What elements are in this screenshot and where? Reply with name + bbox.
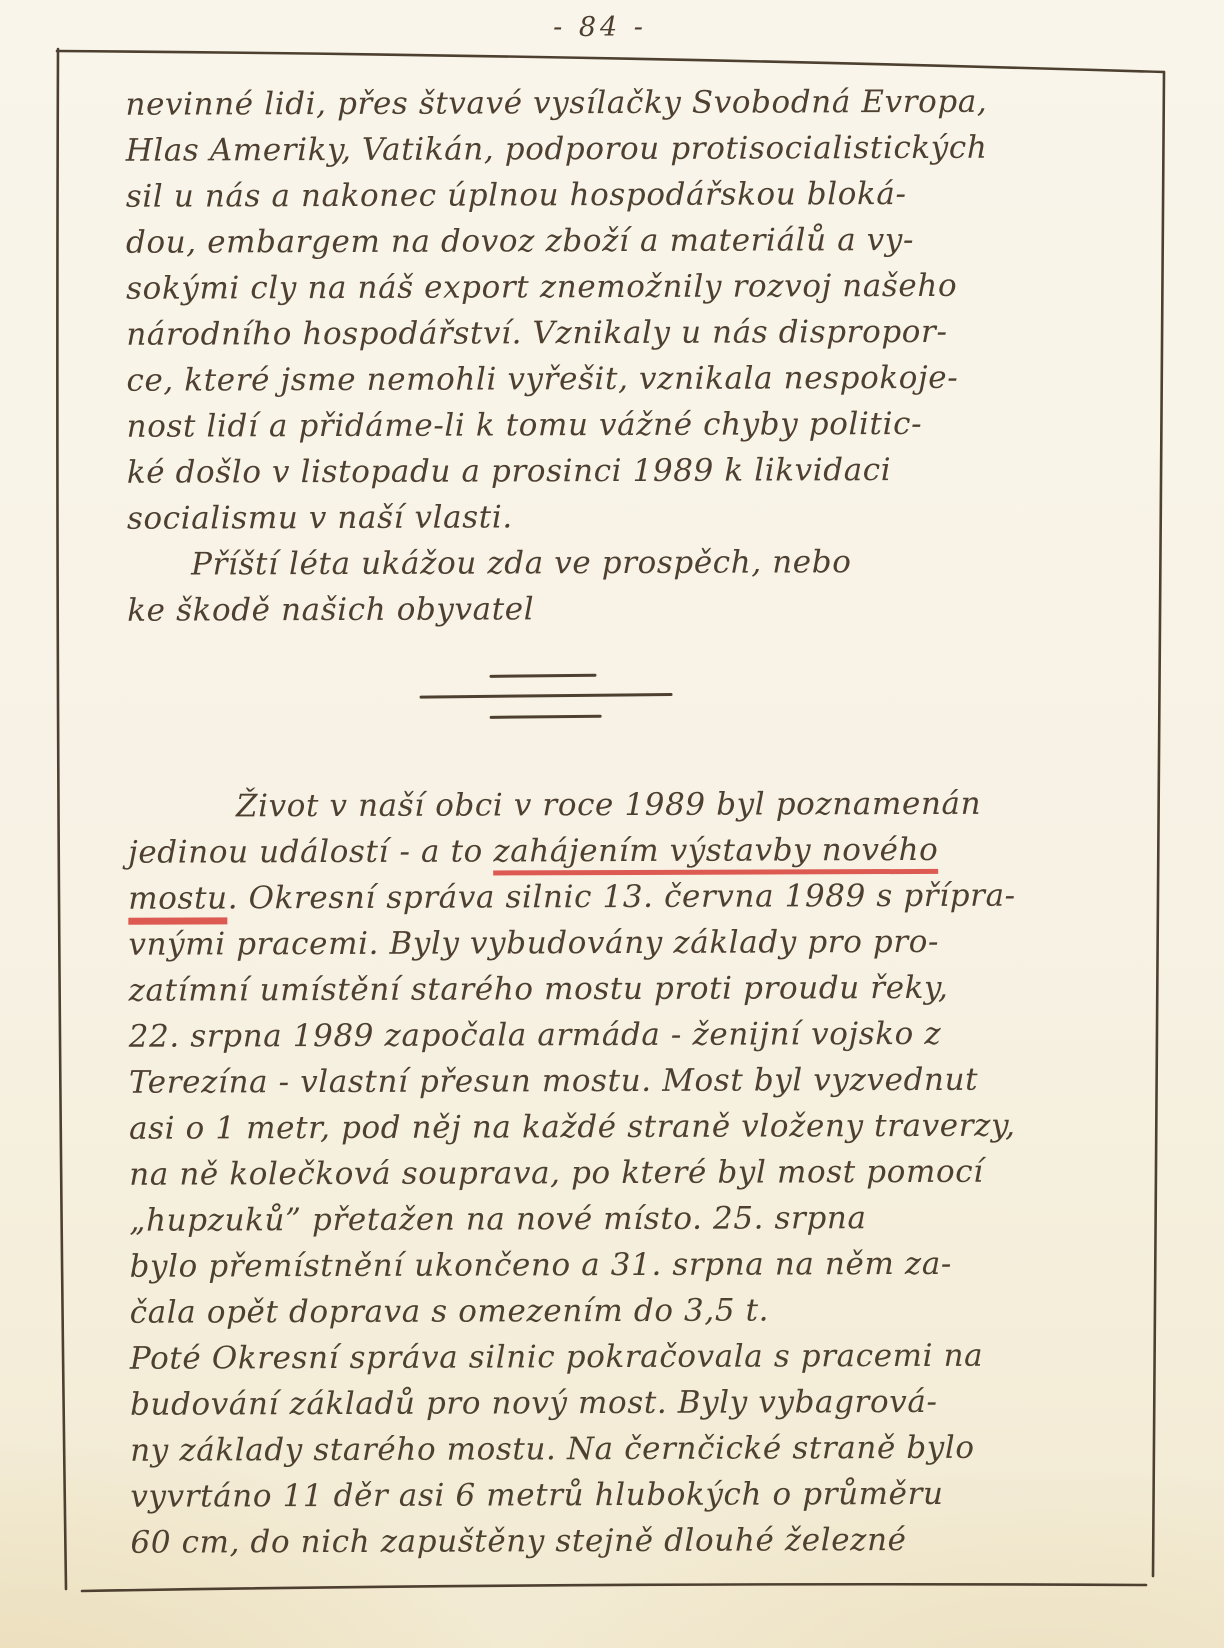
text-line: Hlas Ameriky, Vatikán, podporou protisoc… — [126, 124, 1111, 173]
text-line: na ně kolečková souprava, po které byl m… — [129, 1148, 1114, 1197]
text-segment: . Okresní správa silnic 13. června 1989 … — [228, 878, 1016, 917]
text-line: nost lidí a přidáme-li k tomu vážné chyb… — [127, 400, 1112, 449]
text-line: národního hospodářství. Vznikaly u nás d… — [126, 308, 1111, 357]
text-line: 60 cm, do nich zapuštěny stejně dlouhé ž… — [130, 1516, 1115, 1565]
text-line: budování základů pro nový most. Byly vyb… — [130, 1378, 1115, 1427]
text-line: ke škodě našich obyvatel — [127, 584, 1112, 633]
text-line: Terezína - vlastní přesun mostu. Most by… — [129, 1056, 1114, 1105]
text-line: vyvrtáno 11 děr asi 6 metrů hlubokých o … — [130, 1470, 1115, 1519]
section-divider — [127, 656, 1112, 737]
red-underlined-text: zahájením výstavby nového — [493, 832, 938, 877]
frame-top-line — [57, 51, 1164, 72]
paragraph-3: Život v naší obci v roce 1989 byl poznam… — [128, 780, 1116, 1565]
text-line: „hupzuků” přetažen na nové místo. 25. sr… — [129, 1194, 1114, 1243]
text-segment: jedinou událostí - a to — [128, 833, 493, 870]
text-line: mostu. Okresní správa silnic 13. června … — [128, 872, 1113, 921]
text-line: dou, embargem na dovoz zboží a materiálů… — [126, 216, 1111, 265]
frame-left-line — [57, 49, 66, 1589]
chronicle-page: - 84 - nevinné lidi, přes štvavé vysílač… — [0, 0, 1224, 1648]
paragraph-1: nevinné lidi, přes štvavé vysílačky Svob… — [125, 78, 1112, 541]
text-line: sokými cly na náš export znemožnily rozv… — [126, 262, 1111, 311]
text-line: ny základy starého mostu. Na černčické s… — [130, 1424, 1115, 1473]
text-line: ké došlo v listopadu a prosinci 1989 k l… — [127, 446, 1112, 495]
handwritten-text: nevinné lidi, přes štvavé vysílačky Svob… — [125, 78, 1115, 1565]
text-line: ce, které jsme nemohli vyřešit, vznikala… — [126, 354, 1111, 403]
red-underlined-text: mostu — [128, 880, 228, 924]
text-line: zatímní umístění starého mostu proti pro… — [129, 964, 1114, 1013]
divider-line-short-top — [489, 674, 596, 678]
frame-right-line — [1153, 72, 1164, 1576]
text-line: socialismu v naší vlasti. — [127, 492, 1112, 541]
divider-line-short-bottom — [490, 715, 602, 719]
text-line: 22. srpna 1989 započala armáda - ženijní… — [129, 1010, 1114, 1059]
text-line: jedinou událostí - a to zahájením výstav… — [128, 826, 1113, 875]
text-line: Poté Okresní správa silnic pokračovala s… — [130, 1332, 1115, 1381]
text-line: nevinné lidi, přes štvavé vysílačky Svob… — [125, 78, 1110, 127]
text-line: asi o 1 metr, pod něj na každé straně vl… — [129, 1102, 1114, 1151]
divider-line-long-middle — [420, 693, 673, 699]
text-line: Život v naší obci v roce 1989 byl poznam… — [128, 780, 1113, 829]
frame-bottom-line — [82, 1584, 1146, 1591]
paragraph-2: Příští léta ukážou zda ve prospěch, nebo… — [127, 538, 1112, 633]
text-line: vnými pracemi. Byly vybudovány základy p… — [128, 918, 1113, 967]
text-line: sil u nás a nakonec úplnou hospodářskou … — [126, 170, 1111, 219]
text-line: čala opět doprava s omezením do 3,5 t. — [130, 1286, 1115, 1335]
text-line: Příští léta ukážou zda ve prospěch, nebo — [127, 538, 1112, 587]
text-line: bylo přemístnění ukončeno a 31. srpna na… — [129, 1240, 1114, 1289]
